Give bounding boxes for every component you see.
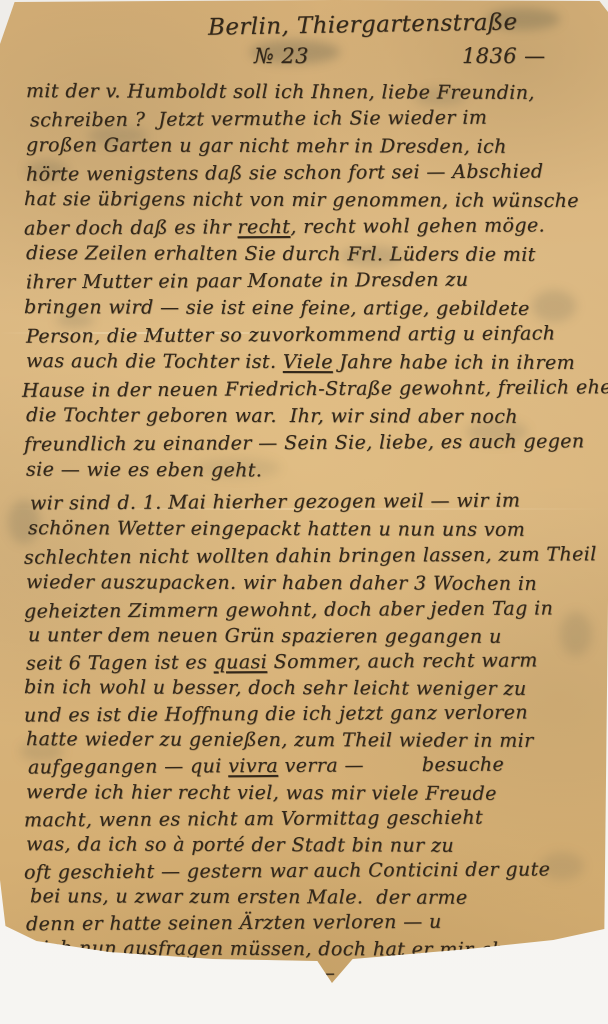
ink-stain <box>532 290 576 322</box>
letter-line: mich nun ausfragen müssen, doch hat er m… <box>24 936 526 962</box>
letter-line: bringen wird — sie ist eine feine, artig… <box>24 295 530 321</box>
letter-line: seit 6 Tagen ist es quasi Sommer, auch r… <box>26 648 538 675</box>
letter-paper: Berlin, Thiergartenstraße № 23 1836 — mi… <box>0 0 608 1000</box>
letter-header-number: № 23 <box>254 44 309 68</box>
letter-header-location: Berlin, Thiergartenstraße <box>208 9 518 40</box>
letter-line: schreiben ? Jetzt vermuthe ich Sie wiede… <box>30 106 487 133</box>
letter-line: hat sie übrigens nicht von mir genommen,… <box>24 187 579 213</box>
letter-line: u unter dem neuen Grün spazieren gegange… <box>28 623 502 649</box>
letter-line: und es ist die Hoffnung die ich jetzt ga… <box>24 700 528 727</box>
letter-header-year: 1836 — <box>462 44 546 68</box>
letter-line: Person, die Mutter so zuvorkommend artig… <box>26 321 556 348</box>
letter-line: oft geschieht — gestern war auch Contici… <box>24 857 550 884</box>
letter-line: hörte wenigstens daß sie schon fort sei … <box>26 159 544 186</box>
letter-line: was, da ich so à porté der Stadt bin nur… <box>26 832 454 857</box>
letter-line: geheizten Zimmern gewohnt, doch aber jed… <box>24 596 553 623</box>
ink-stain <box>560 612 592 656</box>
letter-line: denn er hatte seinen Ärzten verloren — u <box>26 910 442 937</box>
letter-line: wir sind d. 1. Mai hierher gezogen weil … <box>30 489 520 516</box>
letter-line: freundlich zu einander — Sein Sie, liebe… <box>24 429 585 456</box>
letter-line: diese Zeilen erhalten Sie durch Frl. Lüd… <box>26 241 536 267</box>
letter-line: schönen Wetter eingepackt hatten u nun u… <box>28 516 525 542</box>
letter-line: was auch die Tochter ist. Viele Jahre ha… <box>26 349 575 375</box>
letter-line: schlechten nicht wollten dahin bringen l… <box>24 542 597 569</box>
letter-line: bin ich wohl u besser, doch sehr leicht … <box>24 675 527 701</box>
letter-line: ihrer Mutter ein paar Monate in Dresden … <box>26 268 469 295</box>
letter-line: wieder auszupacken. wir haben daher 3 Wo… <box>26 570 537 596</box>
letter-line: hatte wieder zu genießen, zum Theil wied… <box>26 727 534 753</box>
letter-line: sie — wie es eben geht. <box>26 458 262 483</box>
letter-line: die Tochter geboren war. Ihr, wir sind a… <box>26 403 518 429</box>
letter-line: werde ich hier recht viel, was mir viele… <box>26 780 497 806</box>
letter-line: aufgegangen — qui vivra verra — besuche <box>28 753 504 780</box>
letter-line: mit der v. Humboldt soll ich Ihnen, lieb… <box>26 79 535 105</box>
letter-line: Hause in der neuen Friedrich-Straße gewo… <box>22 375 608 403</box>
letter-line: großen Garten u gar nicht mehr in Dresde… <box>26 133 507 159</box>
letter-line: macht, wenn es nicht am Vormittag geschi… <box>24 806 483 833</box>
letter-line: aber doch daß es ihr recht, recht wohl g… <box>24 213 545 240</box>
letter-line: bei uns, u zwar zum ersten Male. der arm… <box>30 884 468 910</box>
letter-line: auch ein Buch mitgebracht — <box>38 961 335 987</box>
